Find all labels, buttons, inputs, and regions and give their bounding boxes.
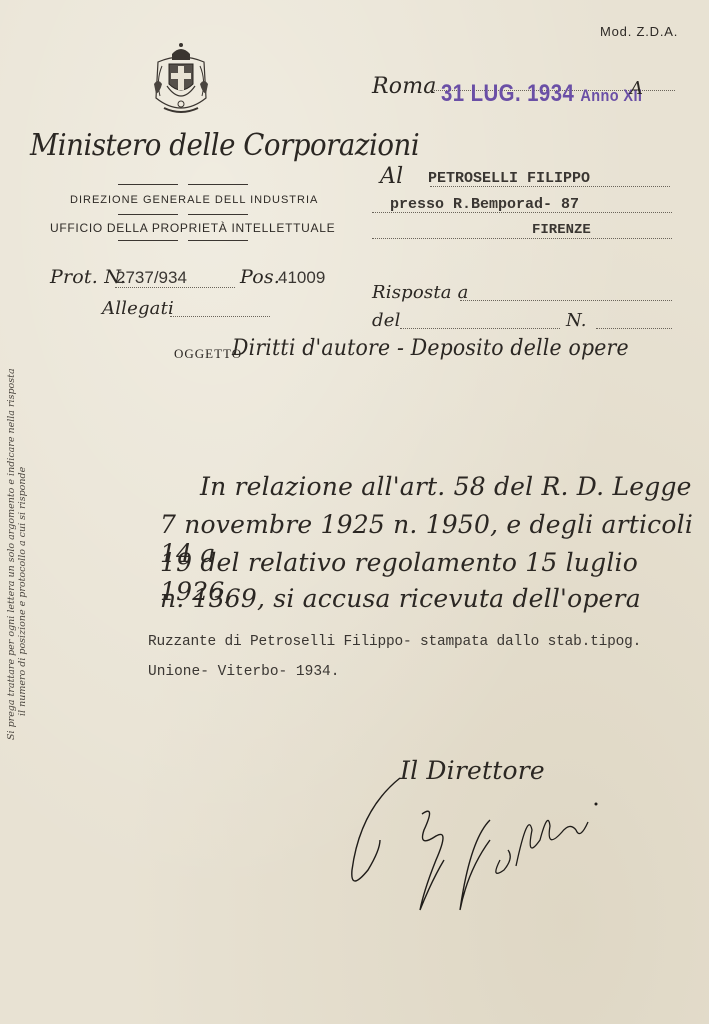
risposta-label: Risposta a	[372, 282, 469, 303]
address-dotline	[372, 212, 672, 213]
body-line: In relazione all'art. 58 del R. D. Legge	[200, 472, 692, 501]
direction-label: DIREZIONE GENERALE DELL INDUSTRIA	[70, 194, 318, 206]
n-label: N.	[566, 310, 587, 331]
recipient-address: presso R.Bemporad- 87	[390, 196, 579, 213]
margin-note-line: Si prega trattare per ogni lettera un so…	[6, 368, 17, 740]
del-dotline	[400, 328, 560, 329]
divider	[118, 214, 178, 215]
typed-line: Unione- Viterbo- 1934.	[148, 664, 339, 680]
divider	[118, 184, 178, 185]
recipient-prefix: Al	[380, 164, 403, 189]
del-label: del	[372, 310, 401, 331]
letter-paper: Mod. Z.D.A. Ministero delle Corporazioni	[0, 0, 709, 1024]
margin-note-line: il numero di posizione e protocollo a cu…	[17, 368, 28, 740]
typed-line: Ruzzante di Petroselli Filippo- stampata…	[148, 634, 641, 650]
date-suffix: A	[630, 78, 643, 99]
divider	[118, 240, 178, 241]
stamp-date: 31 LUG. 1934	[441, 80, 574, 107]
recipient-name: PETROSELLI FILIPPO	[428, 170, 590, 187]
recipient-city: FIRENZE	[532, 222, 591, 238]
prot-value: 2737/934	[116, 268, 187, 288]
office-label: UFFICIO DELLA PROPRIETÀ INTELLETTUALE	[50, 221, 335, 235]
coat-of-arms-icon	[150, 40, 212, 118]
subject-value: Diritti d'autore - Deposito delle opere	[232, 336, 629, 361]
date-stamp: 31 LUG. 1934 Anno XII	[441, 80, 642, 108]
prot-label: Prot. N.	[50, 266, 126, 288]
margin-note: Si prega trattare per ogni lettera un so…	[6, 368, 28, 740]
ministry-title: Ministero delle Corporazioni	[30, 128, 419, 163]
signature-scribble	[340, 770, 620, 920]
divider	[188, 240, 248, 241]
n-dotline	[596, 328, 672, 329]
pos-label: Pos.	[240, 266, 280, 288]
recipient-dotline	[430, 186, 670, 187]
allegati-dotline	[170, 316, 270, 317]
divider	[188, 184, 248, 185]
city-dotline	[372, 238, 672, 239]
place-label: Roma	[372, 74, 437, 99]
form-code: Mod. Z.D.A.	[600, 24, 678, 39]
pos-value: 41009	[278, 268, 325, 288]
prot-dotline	[115, 287, 235, 288]
body-line: n. 1369, si accusa ricevuta dell'opera	[160, 584, 641, 613]
divider	[188, 214, 248, 215]
allegati-label: Allegati	[102, 298, 174, 319]
risposta-dotline	[460, 300, 672, 301]
